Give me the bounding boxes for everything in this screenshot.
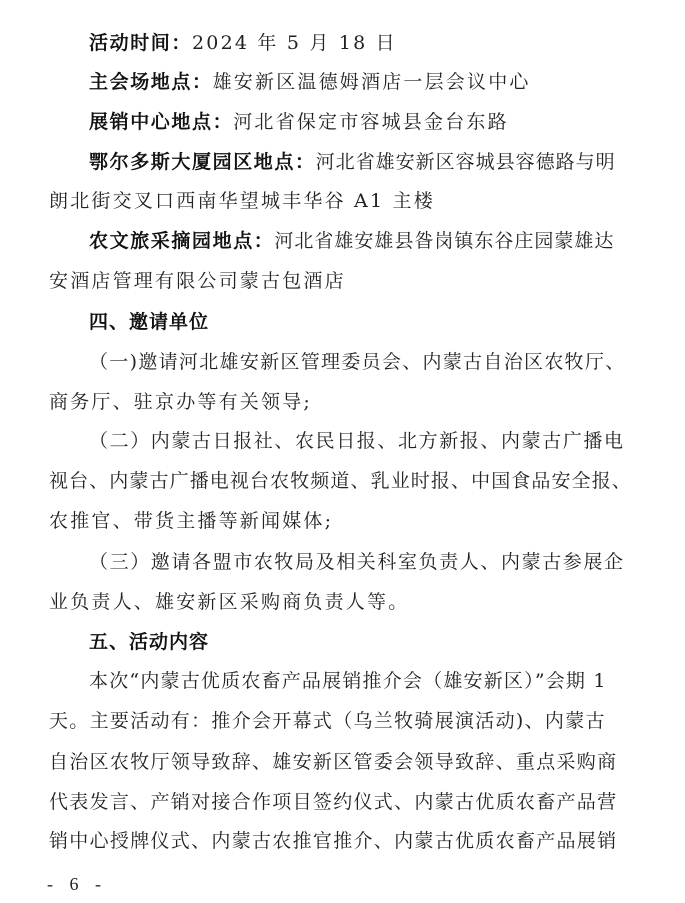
field-label: 活动时间： [89,32,192,54]
paragraph-line: 朗北街交叉口西南华望城丰华谷 A1 主楼 [49,190,639,212]
section-heading-activities: 五、活动内容 [89,631,639,653]
paragraph-line: 自治区农牧厅领导致辞、雄安新区管委会领导致辞、重点采购商 [49,751,639,773]
field-value: 河北省保定市容城县金台东路 [233,111,509,133]
activity-time-line: 活动时间：2024 年 5 月 18 日 [89,32,639,54]
paragraph-line: （二）内蒙古日报社、农民日报、北方新报、内蒙古广播电 [89,430,639,452]
paragraph-line: 天。主要活动有：推介会开幕式（乌兰牧骑展演活动)、内蒙古 [49,710,639,732]
picking-garden-line: 农文旅采摘园地点：河北省雄安雄县昝岗镇东谷庄园蒙雄达 [89,230,639,252]
paragraph-line: 商务厅、驻京办等有关领导; [49,391,639,413]
field-label: 主会场地点： [89,71,213,93]
field-label: 展销中心地点： [89,111,233,133]
field-value: 河北省雄安雄县昝岗镇东谷庄园蒙雄达 [274,230,614,252]
paragraph-line: 本次“内蒙古优质农畜产品展销推介会（雄安新区）”会期 1 [89,670,639,692]
paragraph-line: 业负责人、雄安新区采购商负责人等。 [49,591,639,613]
field-value: 河北省雄安新区容城县容德路与明 [316,151,616,173]
main-venue-line: 主会场地点：雄安新区温德姆酒店一层会议中心 [89,71,639,93]
section-heading-invitees: 四、邀请单位 [89,311,639,333]
paragraph-line: 农推官、带货主播等新闻媒体; [49,510,639,532]
paragraph-line: （三）邀请各盟市农牧局及相关科室负责人、内蒙古参展企 [89,551,639,573]
page-number: - 6 - [47,874,107,895]
ordos-building-line: 鄂尔多斯大厦园区地点：河北省雄安新区容城县容德路与明 [89,151,639,173]
paragraph-line: 销中心授牌仪式、内蒙古农推官推介、内蒙古优质农畜产品展销 [49,830,639,852]
field-label: 鄂尔多斯大厦园区地点： [89,151,316,173]
field-label: 农文旅采摘园地点： [89,230,274,252]
paragraph-line: 视台、内蒙古广播电视台农牧频道、乳业时报、中国食品安全报、 [49,470,639,492]
field-value: 2024 年 5 月 18 日 [192,32,397,54]
paragraph-line: 安酒店管理有限公司蒙古包酒店 [49,270,639,292]
paragraph-line: （一)邀请河北雄安新区管理委员会、内蒙古自治区农牧厅、 [89,351,639,373]
field-value: 雄安新区温德姆酒店一层会议中心 [213,71,531,93]
exhibition-center-line: 展销中心地点：河北省保定市容城县金台东路 [89,111,639,133]
paragraph-line: 代表发言、产销对接合作项目签约仪式、内蒙古优质农畜产品营 [49,791,639,813]
